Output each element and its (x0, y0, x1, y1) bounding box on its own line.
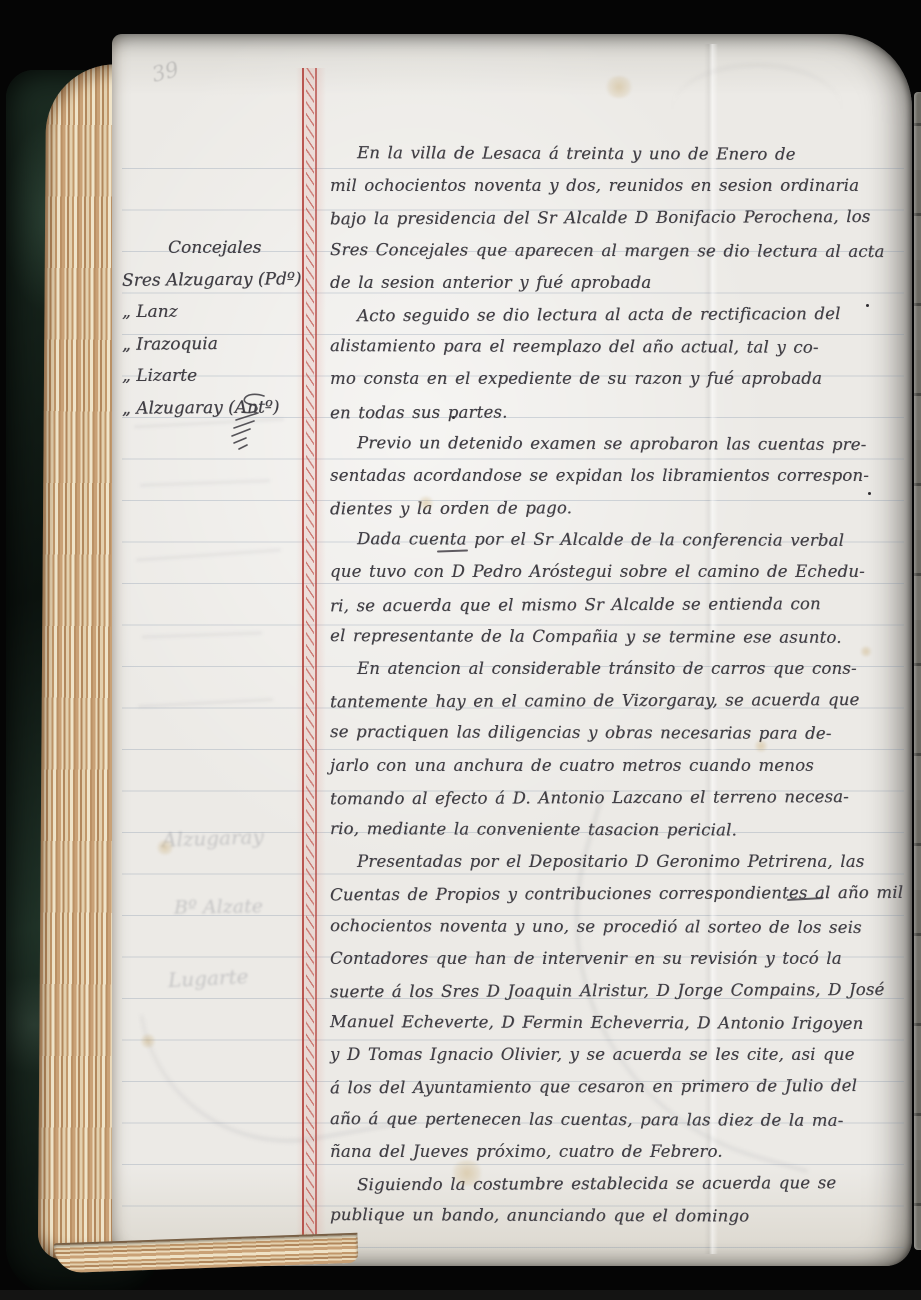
manuscript-line: tantemente hay en el camino de Vizorgara… (330, 684, 904, 719)
ghost-bleedthrough-text: Lugarte (167, 964, 248, 992)
foxing-spot (450, 1160, 484, 1186)
ink-speck (868, 492, 871, 495)
facing-page-sliver (914, 92, 921, 1250)
backdrop-floor (0, 1290, 921, 1300)
foxing-spot (860, 646, 872, 657)
photographed-manuscript-scene: 39 Concejales Sres Alzugaray (Pdº) „ Lan… (0, 0, 921, 1300)
margin-name-row: „ Lanz (122, 296, 302, 328)
foxing-spot (156, 840, 174, 855)
manuscript-line: jarlo con una anchura de cuatro metros c… (330, 750, 904, 782)
margin-name-row: Sres Alzugaray (Pdº) (122, 263, 302, 297)
margin-name-row: „ Lizarte (122, 360, 302, 392)
ghost-bleedthrough-text: Alzugaray (162, 824, 265, 852)
margin-heading: Concejales (122, 232, 302, 264)
manuscript-line: Dada cuenta por el Sr Alcalde de la conf… (330, 523, 904, 557)
manuscript-line: mo consta en el expediente de su razon y… (330, 363, 904, 395)
manuscript-line: dientes y la orden de pago. (330, 491, 904, 526)
foxing-spot (140, 1034, 156, 1048)
foxing-spot (754, 740, 768, 752)
ghost-flourish (672, 64, 842, 156)
manuscript-line: En atencion al considerable tránsito de … (330, 653, 904, 685)
ghost-bleedthrough-text: Bº Alzate (174, 895, 263, 919)
manuscript-line: alistamiento para el reemplazo del año a… (330, 330, 904, 364)
manuscript-line: ri, se acuerda que el mismo Sr Alcalde s… (330, 587, 904, 622)
manuscript-line: ñana del Jueves próximo, cuatro de Febre… (330, 1136, 904, 1168)
ink-speck (452, 416, 455, 419)
manuscript-line: el representante de la Compañia y se ter… (330, 620, 904, 654)
manuscript-line: Siguiendo la costumbre establecida se ac… (330, 1167, 904, 1202)
foxing-spot (418, 496, 434, 510)
folio-number: 39 (149, 57, 181, 87)
manuscript-line: de la sesion anterior y fué aprobada (330, 267, 904, 299)
manuscript-line: que tuvo con D Pedro Aróstegui sobre el … (330, 556, 904, 588)
foxing-spot (604, 76, 634, 98)
margin-name-row: „ Irazoquia (122, 327, 302, 361)
manuscript-line: Acto seguido se dio lectura al acta de r… (330, 298, 904, 333)
manuscript-line: bajo la presidencia del Sr Alcalde D Bon… (330, 201, 904, 236)
manuscript-line: En la villa de Lesaca á treinta y uno de… (330, 137, 904, 171)
manuscript-line: sentadas acordandose se expidan los libr… (330, 460, 904, 492)
manuscript-line: Previo un detenido examen se aprobaron l… (330, 427, 904, 461)
manuscript-line: publique un bando, anunciando que el dom… (330, 1199, 904, 1233)
manuscript-line: Sres Concejales que aparecen al margen s… (330, 234, 904, 268)
ink-speck (698, 1218, 700, 1220)
manuscript-line: se practiquen las diligencias y obras ne… (330, 716, 904, 750)
manuscript-page: 39 Concejales Sres Alzugaray (Pdº) „ Lan… (112, 34, 912, 1266)
manuscript-line: en todas sus partes. (330, 394, 904, 429)
manuscript-line: mil ochocientos noventa y dos, reunidos … (330, 170, 904, 202)
ink-speck (866, 304, 869, 307)
